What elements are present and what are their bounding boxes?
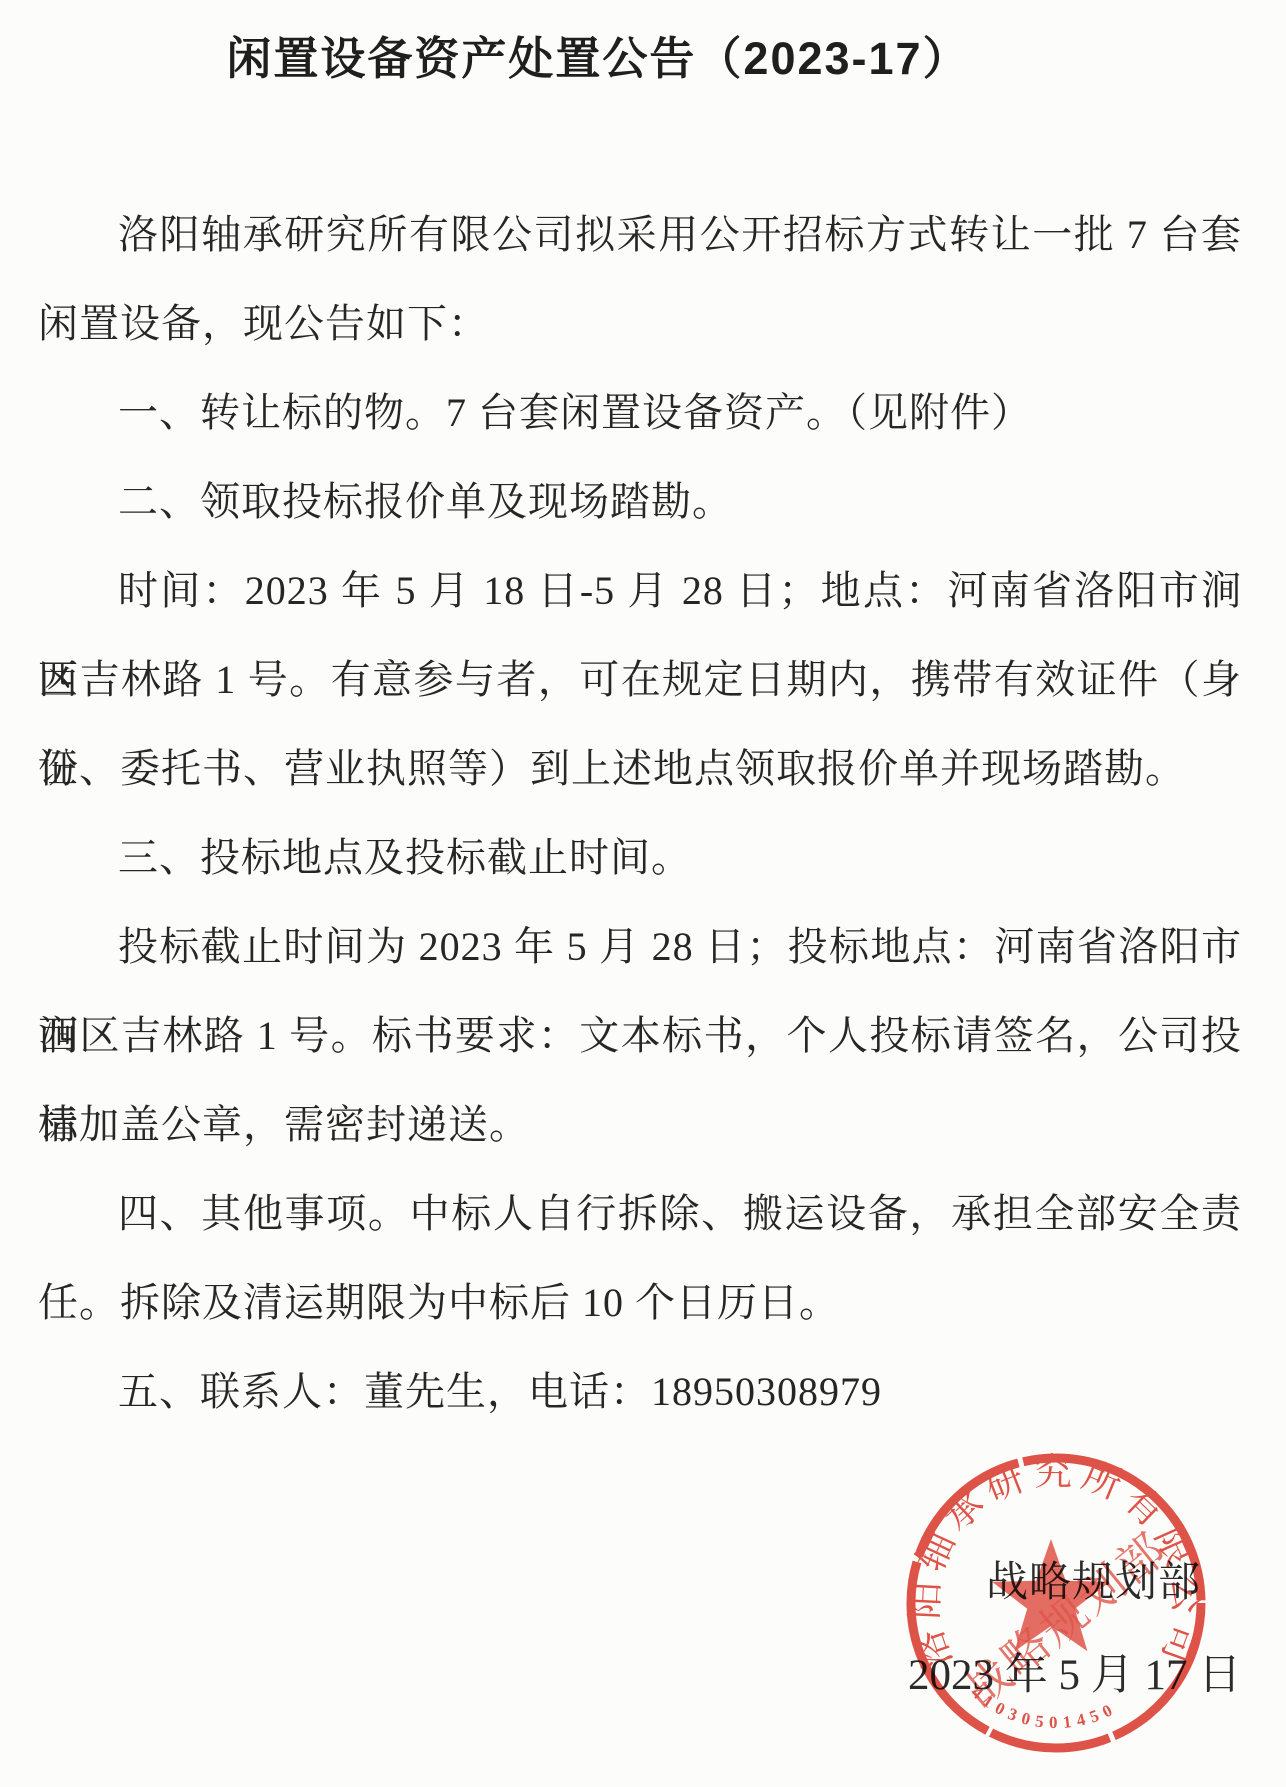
page-title: 闲置设备资产处置公告（2023-17）: [0, 22, 1196, 87]
announcement-page: 闲置设备资产处置公告（2023-17） 洛阳轴承研究所有限公司拟采用公开招标方式…: [0, 0, 1286, 1787]
document-line: 二、领取投标报价单及现场踏勘。: [38, 457, 1242, 546]
company-seal-icon: 洛阳轴承研究所有限公司 战略规划部 41030501450: [896, 1443, 1216, 1763]
document-line: 四、其他事项。中标人自行拆除、搬运设备，承担全部安全责: [38, 1169, 1242, 1258]
document-line: 投标截止时间为 2023 年 5 月 28 日；投标地点：河南省洛阳市涧: [38, 902, 1242, 991]
document-line: 洛阳轴承研究所有限公司拟采用公开招标方式转让一批 7 台套: [38, 190, 1242, 279]
document-line: 三、投标地点及投标截止时间。: [38, 813, 1242, 902]
document-line: 一、转让标的物。7 台套闲置设备资产。（见附件）: [38, 368, 1242, 457]
document-line: 西区吉林路 1 号。标书要求：文本标书，个人投标请签名，公司投标: [38, 991, 1242, 1080]
document-body: 洛阳轴承研究所有限公司拟采用公开招标方式转让一批 7 台套闲置设备，现公告如下：…: [38, 190, 1242, 1436]
document-line: 任。拆除及清运期限为中标后 10 个日历日。: [38, 1258, 1242, 1347]
seal-center-text: 战略规划部: [954, 1523, 1176, 1717]
document-line: 区吉林路 1 号。有意参与者，可在规定日期内，携带有效证件（身份: [38, 635, 1242, 724]
document-line: 五、联系人：董先生，电话：18950308979: [38, 1347, 1242, 1436]
document-line: 时间：2023 年 5 月 18 日-5 月 28 日；地点：河南省洛阳市涧西: [38, 546, 1242, 635]
document-line: 闲置设备，现公告如下：: [38, 279, 1242, 368]
document-line: 证、委托书、营业执照等）到上述地点领取报价单并现场踏勘。: [38, 724, 1242, 813]
document-line: 请加盖公章，需密封递送。: [38, 1080, 1242, 1169]
